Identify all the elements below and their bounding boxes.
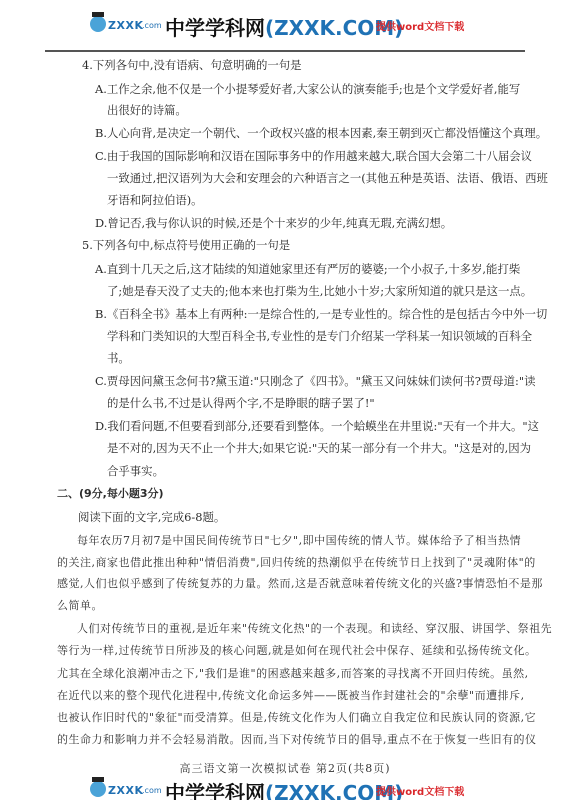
passage-para2-line5: 也被认作旧时代的"象征"而受清算。但是,传统文化作为人们确立自我定位和民族认同的…: [57, 710, 536, 725]
logo-text: ZXXK: [108, 784, 143, 797]
logo-suffix: .com: [142, 786, 162, 795]
zxxk-logo: ZXXK .com: [90, 779, 160, 800]
site-tagline: 提供word文档下载: [376, 18, 464, 33]
q5-option-c-cont: 的是什么书,不过是认得两个字,不是睁眼的瞎子罢了!": [107, 396, 375, 411]
q4-option-a: A.工作之余,他不仅是一个小提琴爱好者,大家公认的演奏能手;也是个文学爱好者,能…: [95, 82, 520, 97]
q5-option-d-cont2: 合乎事实。: [107, 464, 164, 479]
passage-para2-line2: 等行为一样,过传统节日所涉及的核心问题,就是如何在现代社会中保存、延续和弘扬传统…: [57, 643, 537, 658]
passage-para2-line4: 在近代以来的整个现代化进程中,传统文化命运多舛——既被当作封建社会的"余孽"而遭…: [57, 688, 525, 703]
header-divider: [45, 50, 525, 52]
site-name-cn: 中学学科网: [165, 781, 265, 800]
q5-option-b-cont1: 学科和门类知识的大型百科全书,专业性的是专门介绍某一学科某一知识领域的百科全: [107, 329, 532, 344]
mascot-icon: [90, 781, 106, 797]
graduation-cap-icon: [92, 777, 104, 782]
q5-option-d-cont1: 是不对的,因为天不止一个井大;如果它说:"天的某一部分有一个井大。"这是对的,因…: [107, 441, 531, 456]
mascot-icon: [90, 16, 106, 32]
q4-option-b: B.人心向背,是决定一个朝代、一个政权兴盛的根本因素,秦王朝到灭亡都没悟懂这个真…: [95, 126, 547, 141]
q4-option-c-cont1: 一致通过,把汉语列为大会和安理会的六种语言之一(其他五种是英语、法语、俄语、西班: [107, 171, 548, 186]
q5-option-a: A.直到十几天之后,这才陆续的知道她家里还有严厉的婆婆;一个小叔子,十多岁,能打…: [95, 262, 520, 277]
site-banner-bottom: ZXXK .com 中学学科网(ZXXK.COM) 提供word文档下载: [0, 775, 570, 800]
site-name: 中学学科网(ZXXK.COM): [165, 12, 403, 41]
q5-option-c: C.贾母因问黛玉念何书?黛玉道:"只刚念了《四书》。"黛玉又问妹妹们读何书?贾母…: [95, 374, 536, 389]
section-2-instruction: 阅读下面的文字,完成6-8题。: [78, 510, 225, 525]
site-name: 中学学科网(ZXXK.COM): [165, 777, 403, 800]
logo-suffix: .com: [142, 21, 162, 30]
passage-para1-line1: 每年农历7月初7是中国民间传统节日"七夕",即中国传统的情人节。媒体给予了相当热…: [77, 533, 521, 548]
q4-stem: 4.下列各句中,没有语病、句意明确的一句是: [82, 58, 302, 73]
passage-para2-line1: 人们对传统节日的重视,是近年来"传统文化热"的一个表现。和读经、穿汉服、讲国学、…: [77, 621, 552, 636]
q4-option-a-cont: 出很好的诗篇。: [107, 103, 187, 118]
passage-para1-line4: 么简单。: [57, 598, 103, 613]
q4-option-c: C.由于我国的国际影响和汉语在国际事务中的作用越来越大,联合国大会第二十八届会议: [95, 149, 532, 164]
q4-option-c-cont2: 牙语和阿拉伯语)。: [107, 193, 203, 208]
site-tagline: 提供word文档下载: [376, 783, 464, 798]
q5-option-a-cont: 了;她是春天没了丈夫的;他本来也打柴为生,比她小十岁;大家所知道的就只是这一点。: [107, 284, 532, 299]
q4-option-d: D.曾记否,我与你认识的时候,还是个十来岁的少年,纯真无瑕,充满幻想。: [95, 216, 452, 231]
passage-para2-line6: 的生命力和影响力并不会轻易消散。因而,当下对传统节日的倡导,重点不在于恢复一些旧…: [57, 732, 537, 747]
passage-para2-line3: 尤其在全球化浪潮冲击之下,"我们是谁"的困惑越来越多,而答案的寻找离不开回归传统…: [57, 666, 529, 681]
page-footer: 高三语文第一次模拟试卷 第2页(共8页): [0, 760, 570, 776]
q5-option-b-cont2: 书。: [107, 351, 130, 366]
graduation-cap-icon: [92, 12, 104, 17]
q5-option-b: B.《百科全书》基本上有两种:一是综合性的,一是专业性的。综合性的是包括古今中外…: [95, 307, 547, 322]
passage-para1-line3: 感觉,人们也似乎感到了传统复苏的力量。然而,这是否就意味着传统文化的兴盛?事情恐…: [57, 576, 543, 591]
q5-option-d: D.我们看问题,不但要看到部分,还要看到整体。一个蛤蟆坐在井里说:"天有一个井大…: [95, 419, 539, 434]
passage-para1-line2: 的关注,商家也借此推出种种"情侣消费",回归传统的热潮似乎在传统节日上找到了"灵…: [57, 555, 536, 570]
section-2-heading: 二、(9分,每小题3分): [57, 486, 164, 501]
site-name-cn: 中学学科网: [165, 16, 265, 40]
site-banner-top: ZXXK .com 中学学科网(ZXXK.COM) 提供word文档下载: [0, 10, 570, 40]
logo-text: ZXXK: [108, 19, 143, 32]
zxxk-logo: ZXXK .com: [90, 14, 160, 36]
q5-stem: 5.下列各句中,标点符号使用正确的一句是: [82, 238, 290, 253]
